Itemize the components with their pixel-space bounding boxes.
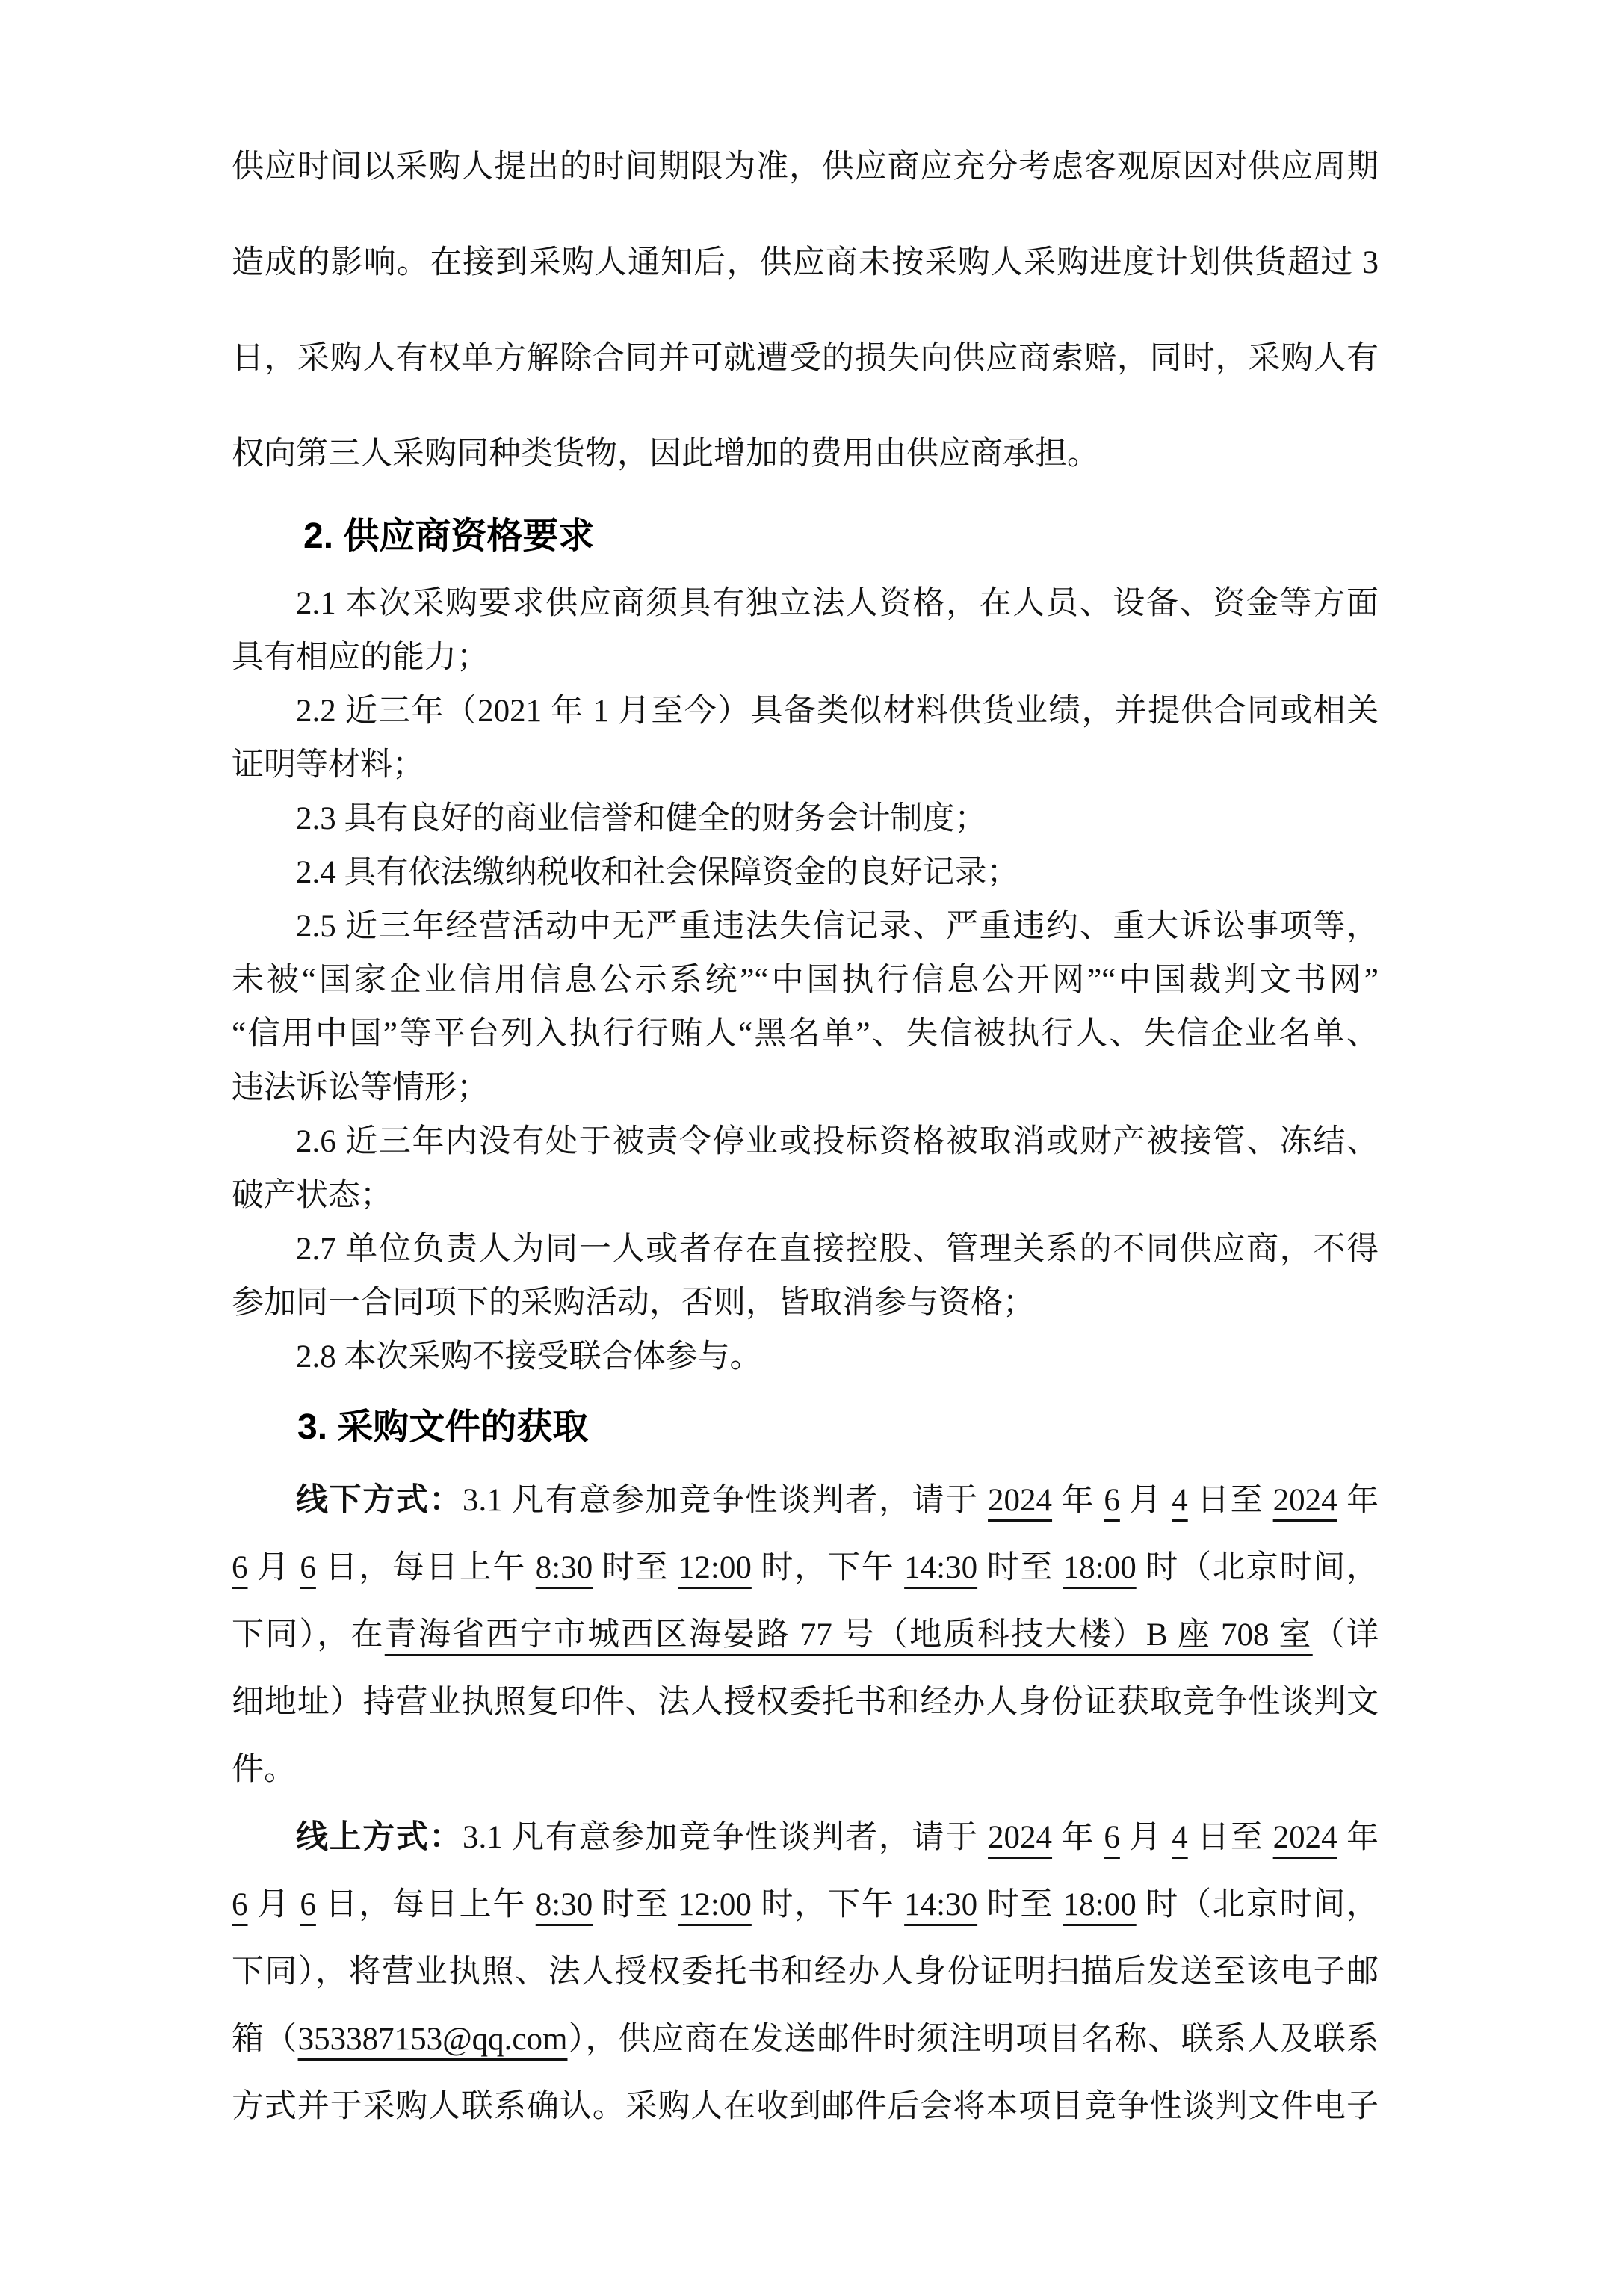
underlined-text: 2024 xyxy=(988,1820,1052,1855)
text-run: 供应时间以采购人提出的时间期限为准，供应商应充分考虑客观原因对供应周期 xyxy=(232,149,1379,185)
text-line: 权向第三人采购同种类货物，因此增加的费用由供应商承担。 xyxy=(232,407,1379,502)
text-line: “信用中国”等平台列入执行行贿人“黑名单”、失信被执行人、失信企业名单、 xyxy=(232,1007,1379,1061)
text-run: （详 xyxy=(1313,1617,1379,1652)
text-run: 年 xyxy=(1337,1483,1379,1518)
text-run: 时至 xyxy=(977,1887,1063,1922)
item-2-8: 2.8 本次采购不接受联合体参与。 xyxy=(232,1330,1379,1384)
text-line: 2.7 单位负责人为同一人或者存在直接控股、管理关系的不同供应商，不得 xyxy=(232,1223,1379,1277)
text-run: 时至 xyxy=(593,1887,678,1922)
underlined-text: 4 xyxy=(1172,1483,1188,1518)
text-line: 方式并于采购人联系确认。采购人在收到邮件后会将本项目竞争性谈判文件电子 xyxy=(232,2073,1379,2141)
text-run: 时，下午 xyxy=(752,1550,904,1585)
underlined-text: 14:30 xyxy=(904,1550,977,1585)
underlined-text: 6 xyxy=(1104,1483,1120,1518)
address-text: 青海省西宁市城西区海晏路 77 号（地质科技大楼）B 座 708 室 xyxy=(385,1617,1313,1652)
online-method-paragraph: 线上方式：3.1 凡有意参加竞争性谈判者，请于 2024 年 6 月 4 日至 … xyxy=(232,1803,1379,2141)
text-line: 供应时间以采购人提出的时间期限为准，供应商应充分考虑客观原因对供应周期 xyxy=(232,120,1379,215)
text-line: 证明等材料； xyxy=(232,738,1379,792)
text-run: 月 xyxy=(1120,1483,1172,1518)
text-run: 月 xyxy=(248,1887,300,1922)
text-line: 线上方式：3.1 凡有意参加竞争性谈判者，请于 2024 年 6 月 4 日至 … xyxy=(232,1803,1379,1871)
document-page: 供应时间以采购人提出的时间期限为准，供应商应充分考虑客观原因对供应周期造成的影响… xyxy=(0,0,1605,2296)
text-run: 时至 xyxy=(593,1550,678,1585)
text-line: 2.3 具有良好的商业信誉和健全的财务会计制度； xyxy=(232,792,1379,846)
text-run: 2.6 近三年内没有处于被责令停业或投标资格被取消或财产被接管、冻结、 xyxy=(296,1124,1379,1159)
underlined-text: 2024 xyxy=(1273,1820,1337,1855)
text-line: 6 月 6 日，每日上午 8:30 时至 12:00 时，下午 14:30 时至… xyxy=(232,1871,1379,1939)
text-line: 具有相应的能力； xyxy=(232,631,1379,685)
item-2-6: 2.6 近三年内没有处于被责令停业或投标资格被取消或财产被接管、冻结、破产状态； xyxy=(232,1115,1379,1223)
item-2-2: 2.2 近三年（2021 年 1 月至今）具备类似材料供货业绩，并提供合同或相关… xyxy=(232,685,1379,792)
text-run: 箱（ xyxy=(232,2022,298,2057)
underlined-text: 8:30 xyxy=(536,1887,593,1922)
item-2-3: 2.3 具有良好的商业信誉和健全的财务会计制度； xyxy=(232,792,1379,846)
underlined-text: 6 xyxy=(232,1887,248,1922)
underlined-text: 12:00 xyxy=(678,1550,752,1585)
text-run: 日，每日上午 xyxy=(316,1550,536,1585)
text-run: 件。 xyxy=(232,1752,296,1787)
text-line: 参加同一合同项下的采购活动，否则，皆取消参与资格； xyxy=(232,1277,1379,1330)
text-run: 时至 xyxy=(977,1550,1063,1585)
text-line: 下同），将营业执照、法人授权委托书和经办人身份证明扫描后发送至该电子邮 xyxy=(232,1939,1379,2006)
text-run: 证明等材料； xyxy=(232,747,424,783)
text-line: 2.1 本次采购要求供应商须具有独立法人资格，在人员、设备、资金等方面 xyxy=(232,577,1379,631)
underlined-text: 6 xyxy=(300,1550,316,1585)
text-line: 2.6 近三年内没有处于被责令停业或投标资格被取消或财产被接管、冻结、 xyxy=(232,1115,1379,1169)
text-run: 未被“国家企业信用信息公示系统”“中国执行信息公开网”“中国裁判文书网” xyxy=(232,963,1379,998)
underlined-text: 6 xyxy=(300,1887,316,1922)
underlined-text: 12:00 xyxy=(678,1887,752,1922)
text-run: 日，采购人有权单方解除合同并可就遭受的损失向供应商索赔，同时，采购人有 xyxy=(232,341,1379,376)
text-line: 下同），在青海省西宁市城西区海晏路 77 号（地质科技大楼）B 座 708 室（… xyxy=(232,1602,1379,1669)
text-line: 线下方式：3.1 凡有意参加竞争性谈判者，请于 2024 年 6 月 4 日至 … xyxy=(232,1466,1379,1534)
underlined-text: 6 xyxy=(1104,1820,1120,1855)
text-run: 2.1 本次采购要求供应商须具有独立法人资格，在人员、设备、资金等方面 xyxy=(296,586,1379,621)
underlined-text: 18:00 xyxy=(1063,1887,1137,1922)
text-line: 箱（353387153@qq.com），供应商在发送邮件时须注明项目名称、联系人… xyxy=(232,2006,1379,2073)
offline-method-paragraph: 线下方式：3.1 凡有意参加竞争性谈判者，请于 2024 年 6 月 4 日至 … xyxy=(232,1466,1379,1803)
section-2-heading: 2. 供应商资格要求 xyxy=(303,513,1379,561)
underlined-text: 6 xyxy=(232,1550,248,1585)
item-2-1: 2.1 本次采购要求供应商须具有独立法人资格，在人员、设备、资金等方面具有相应的… xyxy=(232,577,1379,685)
document-body: 供应时间以采购人提出的时间期限为准，供应商应充分考虑客观原因对供应周期造成的影响… xyxy=(232,120,1379,2141)
text-line: 件。 xyxy=(232,1736,1379,1803)
text-line: 违法诉讼等情形； xyxy=(232,1061,1379,1115)
item-2-7: 2.7 单位负责人为同一人或者存在直接控股、管理关系的不同供应商，不得参加同一合… xyxy=(232,1223,1379,1330)
text-run: 年 xyxy=(1337,1820,1379,1855)
underlined-text: 2024 xyxy=(1273,1483,1337,1518)
item-2-4: 2.4 具有依法缴纳税收和社会保障资金的良好记录； xyxy=(232,846,1379,900)
text-run: 2.4 具有依法缴纳税收和社会保障资金的良好记录； xyxy=(296,855,1019,890)
section-3-heading: 3. 采购文件的获取 xyxy=(297,1404,1379,1451)
text-run: 时（北京时间， xyxy=(1137,1887,1379,1922)
text-run: 3.1 凡有意参加竞争性谈判者，请于 xyxy=(463,1820,988,1855)
text-run: 2.7 单位负责人为同一人或者存在直接控股、管理关系的不同供应商，不得 xyxy=(296,1232,1379,1267)
underlined-text: 2024 xyxy=(988,1483,1052,1518)
text-run: 3.1 凡有意参加竞争性谈判者，请于 xyxy=(463,1483,988,1518)
text-run: 破产状态； xyxy=(232,1178,392,1213)
text-run: 2.3 具有良好的商业信誉和健全的财务会计制度； xyxy=(296,801,987,836)
text-line: 2.2 近三年（2021 年 1 月至今）具备类似材料供货业绩，并提供合同或相关 xyxy=(232,685,1379,738)
text-run: 日至 xyxy=(1188,1483,1273,1518)
text-run: 2.8 本次采购不接受联合体参与。 xyxy=(296,1339,762,1374)
text-line: 2.5 近三年经营活动中无严重违法失信记录、严重违约、重大诉讼事项等， xyxy=(232,900,1379,954)
intro-paragraph: 供应时间以采购人提出的时间期限为准，供应商应充分考虑客观原因对供应周期造成的影响… xyxy=(232,120,1379,502)
text-run: 违法诉讼等情形； xyxy=(232,1070,489,1105)
text-run: 下同），将营业执照、法人授权委托书和经办人身份证明扫描后发送至该电子邮 xyxy=(232,1954,1379,1990)
underlined-text: 18:00 xyxy=(1063,1550,1137,1585)
text-run: 日至 xyxy=(1188,1820,1273,1855)
text-run: “信用中国”等平台列入执行行贿人“黑名单”、失信被执行人、失信企业名单、 xyxy=(232,1016,1379,1052)
text-run: 时，下午 xyxy=(752,1887,904,1922)
online-method-label: 线上方式： xyxy=(296,1819,463,1855)
text-run: 2.2 近三年（2021 年 1 月至今）具备类似材料供货业绩，并提供合同或相关 xyxy=(296,694,1379,729)
text-run: 月 xyxy=(248,1550,300,1585)
text-line: 破产状态； xyxy=(232,1169,1379,1223)
text-run: ），供应商在发送邮件时须注明项目名称、联系人及联系 xyxy=(567,2022,1379,2057)
text-line: 6 月 6 日，每日上午 8:30 时至 12:00 时，下午 14:30 时至… xyxy=(232,1534,1379,1602)
text-line: 日，采购人有权单方解除合同并可就遭受的损失向供应商索赔，同时，采购人有 xyxy=(232,311,1379,407)
text-line: 细地址）持营业执照复印件、法人授权委托书和经办人身份证获取竞争性谈判文 xyxy=(232,1669,1379,1736)
offline-method-label: 线下方式： xyxy=(296,1482,463,1518)
text-run: 年 xyxy=(1052,1820,1104,1855)
text-run: 参加同一合同项下的采购活动，否则，皆取消参与资格； xyxy=(232,1286,1035,1321)
text-run: 方式并于采购人联系确认。采购人在收到邮件后会将本项目竞争性谈判文件电子 xyxy=(232,2089,1379,2124)
underlined-text: 4 xyxy=(1172,1820,1188,1855)
text-run: 细地址）持营业执照复印件、法人授权委托书和经办人身份证获取竞争性谈判文 xyxy=(232,1685,1379,1720)
text-run: 2.5 近三年经营活动中无严重违法失信记录、严重违约、重大诉讼事项等， xyxy=(296,909,1379,944)
text-run: 月 xyxy=(1120,1820,1172,1855)
text-line: 未被“国家企业信用信息公示系统”“中国执行信息公开网”“中国裁判文书网” xyxy=(232,954,1379,1007)
text-run: 时（北京时间， xyxy=(1137,1550,1379,1585)
text-run: 造成的影响。在接到采购人通知后，供应商未按采购人采购进度计划供货超过 3 xyxy=(232,245,1379,280)
text-run: 年 xyxy=(1052,1483,1104,1518)
text-line: 2.4 具有依法缴纳税收和社会保障资金的良好记录； xyxy=(232,846,1379,900)
underlined-text: 8:30 xyxy=(536,1550,593,1585)
item-2-5: 2.5 近三年经营活动中无严重违法失信记录、严重违约、重大诉讼事项等，未被“国家… xyxy=(232,900,1379,1115)
text-run: 日，每日上午 xyxy=(316,1887,536,1922)
text-run: 下同），在 xyxy=(232,1617,385,1652)
text-run: 具有相应的能力； xyxy=(232,640,489,675)
underlined-text: 14:30 xyxy=(904,1887,977,1922)
email-text: 353387153@qq.com xyxy=(298,2022,568,2057)
text-line: 2.8 本次采购不接受联合体参与。 xyxy=(232,1330,1379,1384)
text-run: 权向第三人采购同种类货物，因此增加的费用由供应商承担。 xyxy=(232,436,1099,472)
text-line: 造成的影响。在接到采购人通知后，供应商未按采购人采购进度计划供货超过 3 xyxy=(232,215,1379,311)
